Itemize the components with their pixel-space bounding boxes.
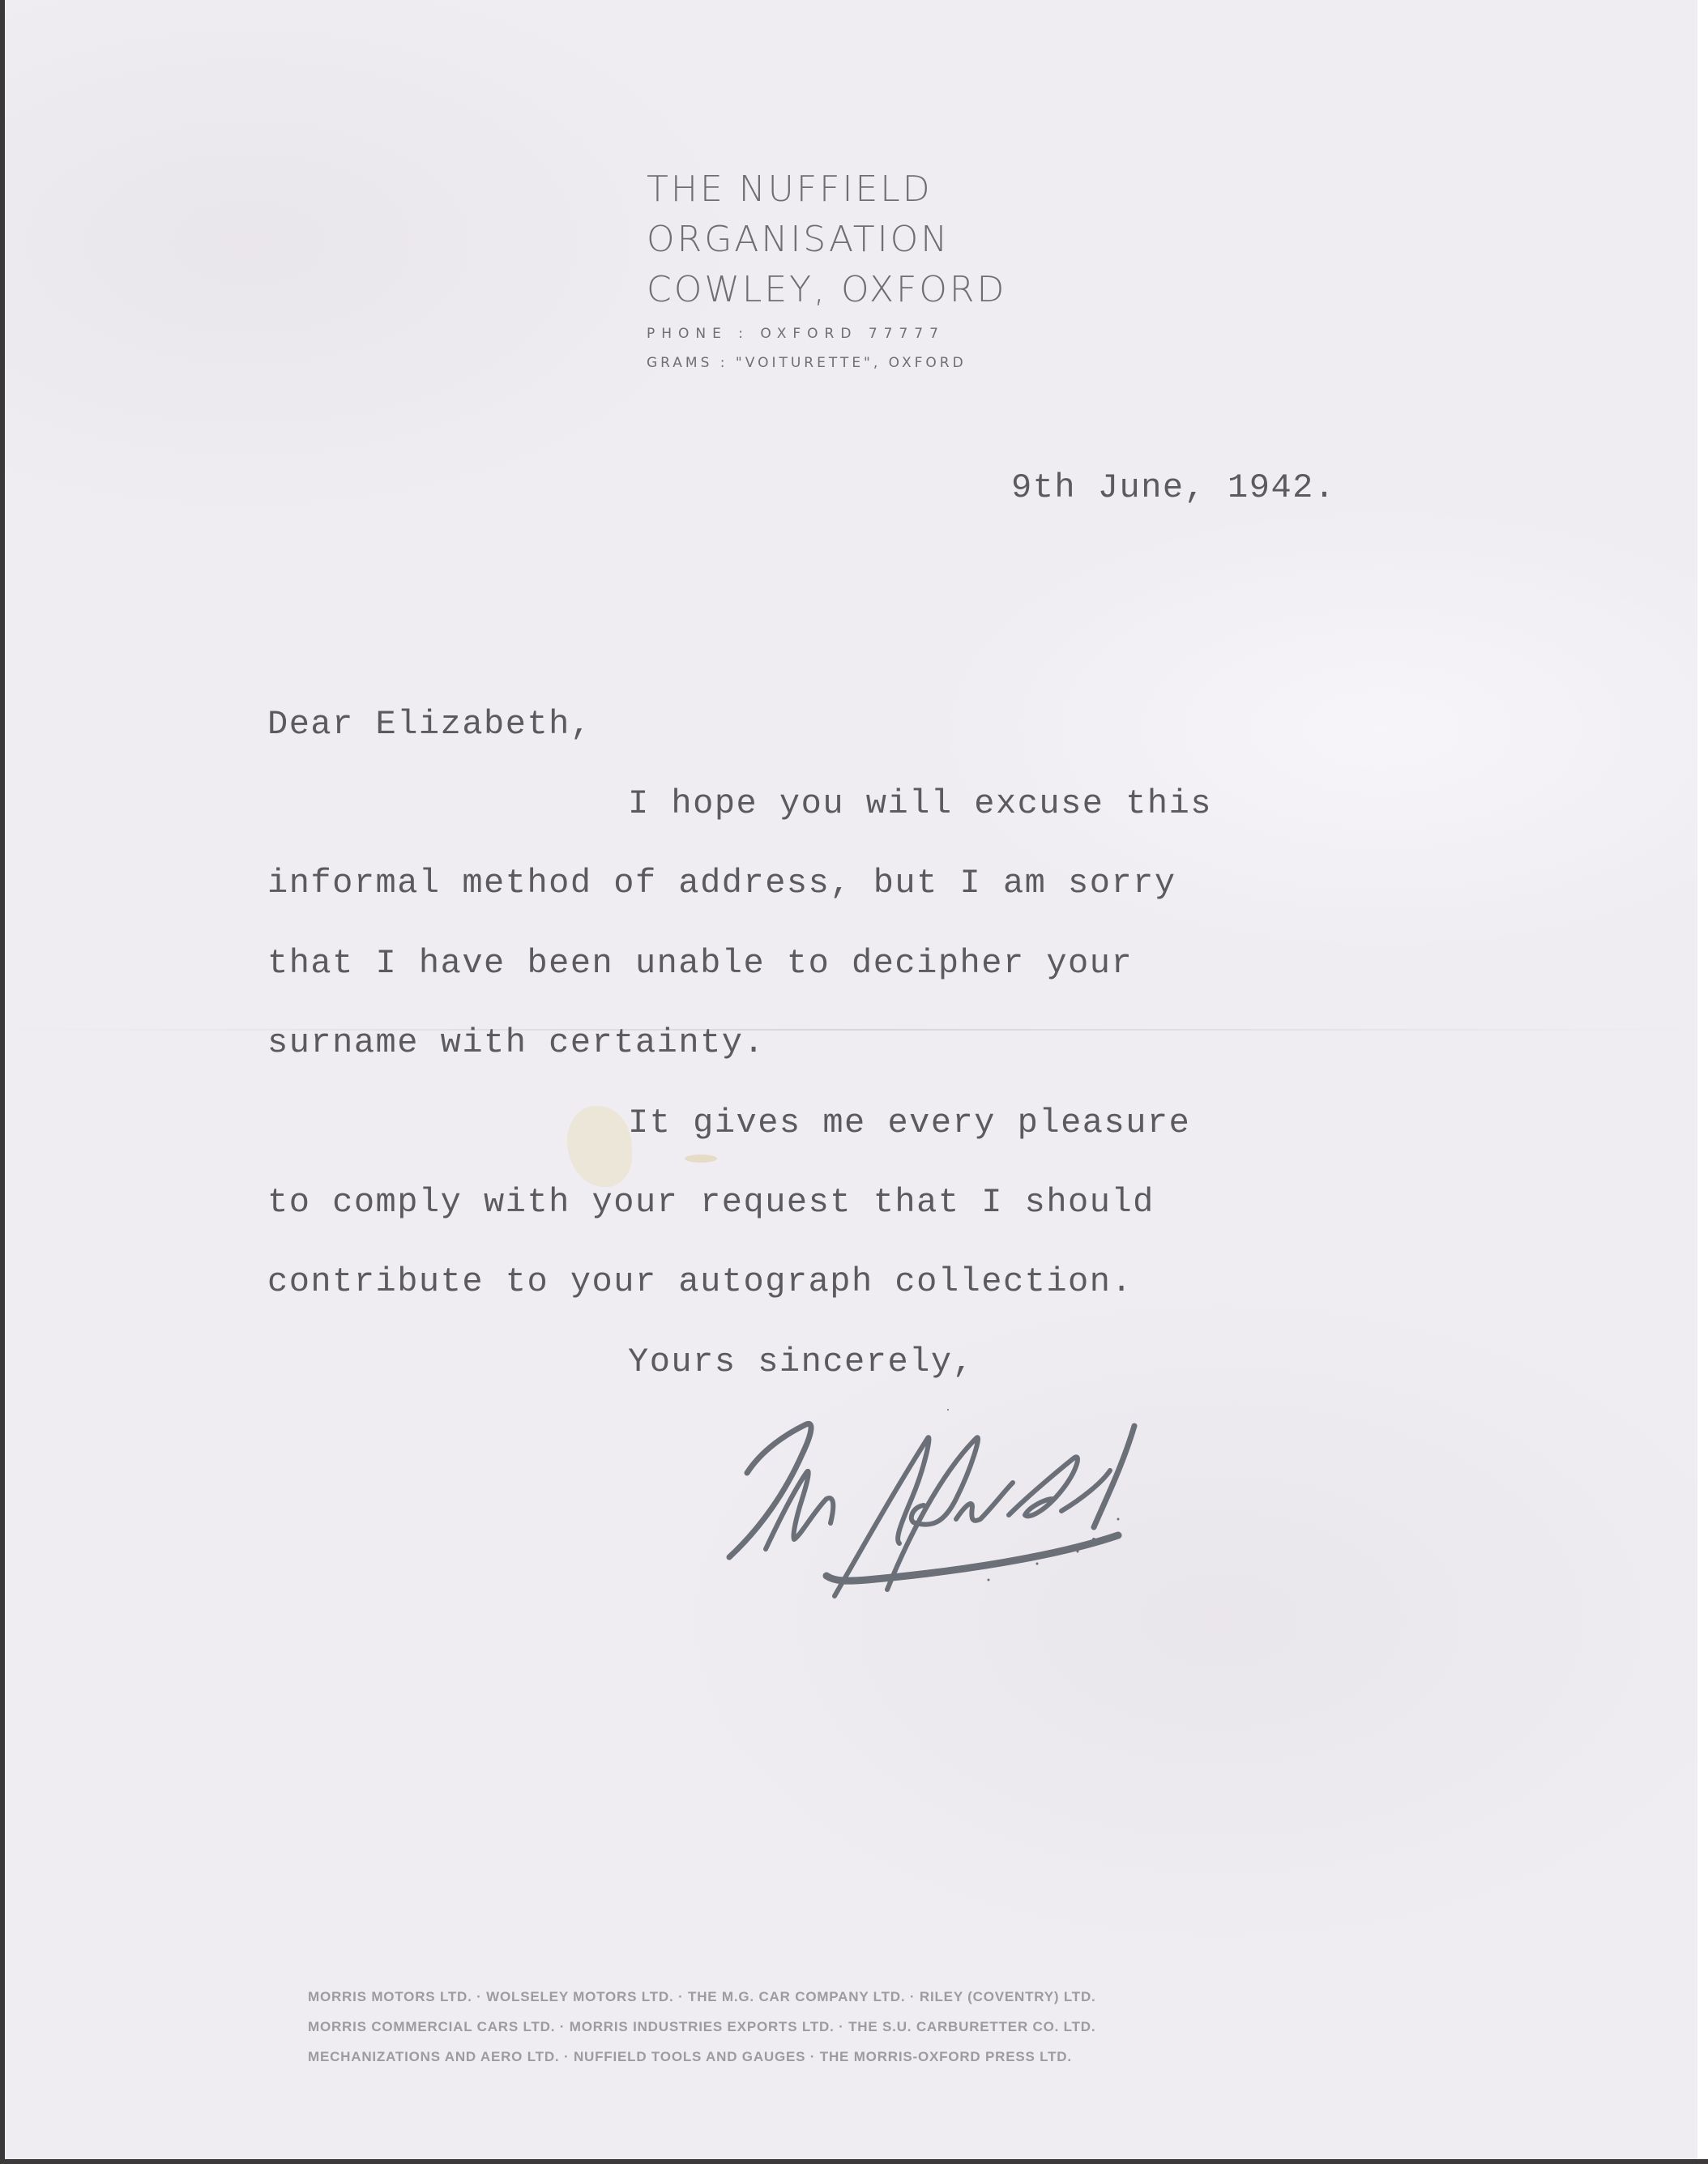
body-line: that I have been unable to decipher your <box>267 944 1133 983</box>
body-line: contribute to your autograph collection. <box>267 1262 1133 1301</box>
footer-line: MORRIS MOTORS LTD. · WOLSELEY MOTORS LTD… <box>308 1989 1096 2005</box>
body-line: It gives me every pleasure <box>628 1103 1190 1142</box>
salutation: Dear Elizabeth, <box>267 705 592 744</box>
closing: Yours sincerely, <box>628 1342 974 1381</box>
paper-stain <box>685 1155 717 1163</box>
body-line: surname with certainty. <box>267 1023 765 1062</box>
letterhead-telegrams: GRAMS : "VOITURETTE", OXFORD <box>647 355 967 371</box>
scan-edge-right <box>1697 0 1708 2164</box>
letter-date: 9th June, 1942. <box>1011 468 1336 507</box>
letterhead-organisation-name-2: ORGANISATION <box>647 219 950 260</box>
body-line: I hope you will excuse this <box>628 784 1212 823</box>
letterhead-phone: PHONE : OXFORD 77777 <box>647 326 945 342</box>
letter-paper <box>5 0 1697 2159</box>
footer-line: MORRIS COMMERCIAL CARS LTD. · MORRIS IND… <box>308 2019 1095 2035</box>
body-line: to comply with your request that I shoul… <box>267 1183 1155 1222</box>
paper-fold-crease <box>5 1029 1697 1031</box>
letterhead-organisation-name-1: THE NUFFIELD <box>647 169 933 210</box>
scan-edge-bottom <box>0 2159 1708 2164</box>
letterhead-address: COWLEY, OXFORD <box>647 269 1006 310</box>
footer-line: MECHANIZATIONS AND AERO LTD. · NUFFIELD … <box>308 2049 1072 2065</box>
body-line: informal method of address, but I am sor… <box>267 864 1176 903</box>
handwritten-signature <box>713 1377 1394 1620</box>
scan-edge-left <box>0 0 5 2164</box>
